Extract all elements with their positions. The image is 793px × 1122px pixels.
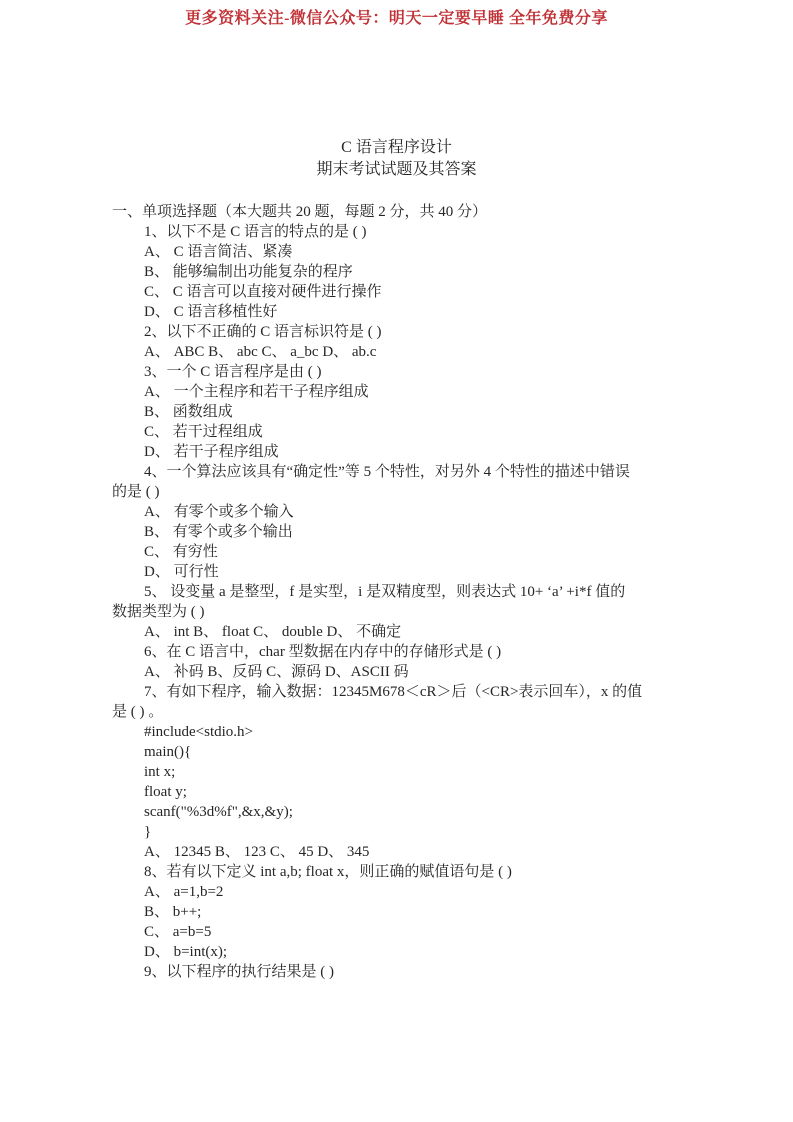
document-line: 3、一个 C 语言程序是由 ( ) bbox=[112, 362, 690, 382]
document-line: A、 有零个或多个输入 bbox=[112, 502, 690, 522]
document-line: 1、以下不是 C 语言的特点的是 ( ) bbox=[112, 222, 690, 242]
document-line: 4、一个算法应该具有“确定性”等 5 个特性，对另外 4 个特性的描述中错误 bbox=[112, 462, 690, 482]
document-line: scanf("%3d%f",&x,&y); bbox=[112, 802, 690, 822]
document-line: B、 有零个或多个输出 bbox=[112, 522, 690, 542]
document-line: D、 C 语言移植性好 bbox=[112, 302, 690, 322]
document-line: int x; bbox=[112, 762, 690, 782]
document-line: B、 能够编制出功能复杂的程序 bbox=[112, 262, 690, 282]
document-line: 的是 ( ) bbox=[112, 482, 690, 502]
exam-document-page: 更多资料关注-微信公众号：明天一定要早睡 全年免费分享 C 语言程序设计 期末考… bbox=[0, 0, 793, 1122]
document-line: B、 函数组成 bbox=[112, 402, 690, 422]
document-line: A、 a=1,b=2 bbox=[112, 882, 690, 902]
document-line: 7、有如下程序，输入数据：12345M678＜cR＞后（<CR>表示回车），x … bbox=[112, 682, 690, 702]
document-line: 8、若有以下定义 int a,b; float x，则正确的赋值语句是 ( ) bbox=[112, 862, 690, 882]
document-line: D、 若干子程序组成 bbox=[112, 442, 690, 462]
document-line: A、 一个主程序和若干子程序组成 bbox=[112, 382, 690, 402]
document-line: float y; bbox=[112, 782, 690, 802]
document-line: #include<stdio.h> bbox=[112, 722, 690, 742]
document-line: 9、以下程序的执行结果是 ( ) bbox=[112, 962, 690, 982]
document-line: } bbox=[112, 822, 690, 842]
document-line: B、 b++; bbox=[112, 902, 690, 922]
document-line: C、 C 语言可以直接对硬件进行操作 bbox=[112, 282, 690, 302]
promo-notice: 更多资料关注-微信公众号：明天一定要早睡 全年免费分享 bbox=[0, 8, 793, 30]
title-line-course: C 语言程序设计 bbox=[0, 137, 793, 159]
document-line: C、 若干过程组成 bbox=[112, 422, 690, 442]
document-line: 2、以下不正确的 C 语言标识符是 ( ) bbox=[112, 322, 690, 342]
document-line: 6、在 C 语言中，char 型数据在内存中的存储形式是 ( ) bbox=[112, 642, 690, 662]
document-line: C、 有穷性 bbox=[112, 542, 690, 562]
document-line: D、 b=int(x); bbox=[112, 942, 690, 962]
document-line: 一、单项选择题（本大题共 20 题，每题 2 分，共 40 分） bbox=[112, 202, 690, 222]
document-line: A、 int B、 float C、 double D、 不确定 bbox=[112, 622, 690, 642]
title-line-exam: 期末考试试题及其答案 bbox=[0, 159, 793, 181]
document-line: 5、 设变量 a 是整型，f 是实型，i 是双精度型，则表达式 10+ ‘a’ … bbox=[112, 582, 690, 602]
document-line: 数据类型为 ( ) bbox=[112, 602, 690, 622]
document-line: D、 可行性 bbox=[112, 562, 690, 582]
document-line: C、 a=b=5 bbox=[112, 922, 690, 942]
document-line: main(){ bbox=[112, 742, 690, 762]
document-line: 是 ( ) 。 bbox=[112, 702, 690, 722]
document-line: A、 12345 B、 123 C、 45 D、 345 bbox=[112, 842, 690, 862]
document-body: 一、单项选择题（本大题共 20 题，每题 2 分，共 40 分）1、以下不是 C… bbox=[112, 202, 690, 982]
document-line: A、 补码 B、反码 C、源码 D、ASCII 码 bbox=[112, 662, 690, 682]
document-line: A、 ABC B、 abc C、 a_bc D、 ab.c bbox=[112, 342, 690, 362]
document-line: A、 C 语言简洁、紧凑 bbox=[112, 242, 690, 262]
document-title: C 语言程序设计 期末考试试题及其答案 bbox=[0, 137, 793, 181]
